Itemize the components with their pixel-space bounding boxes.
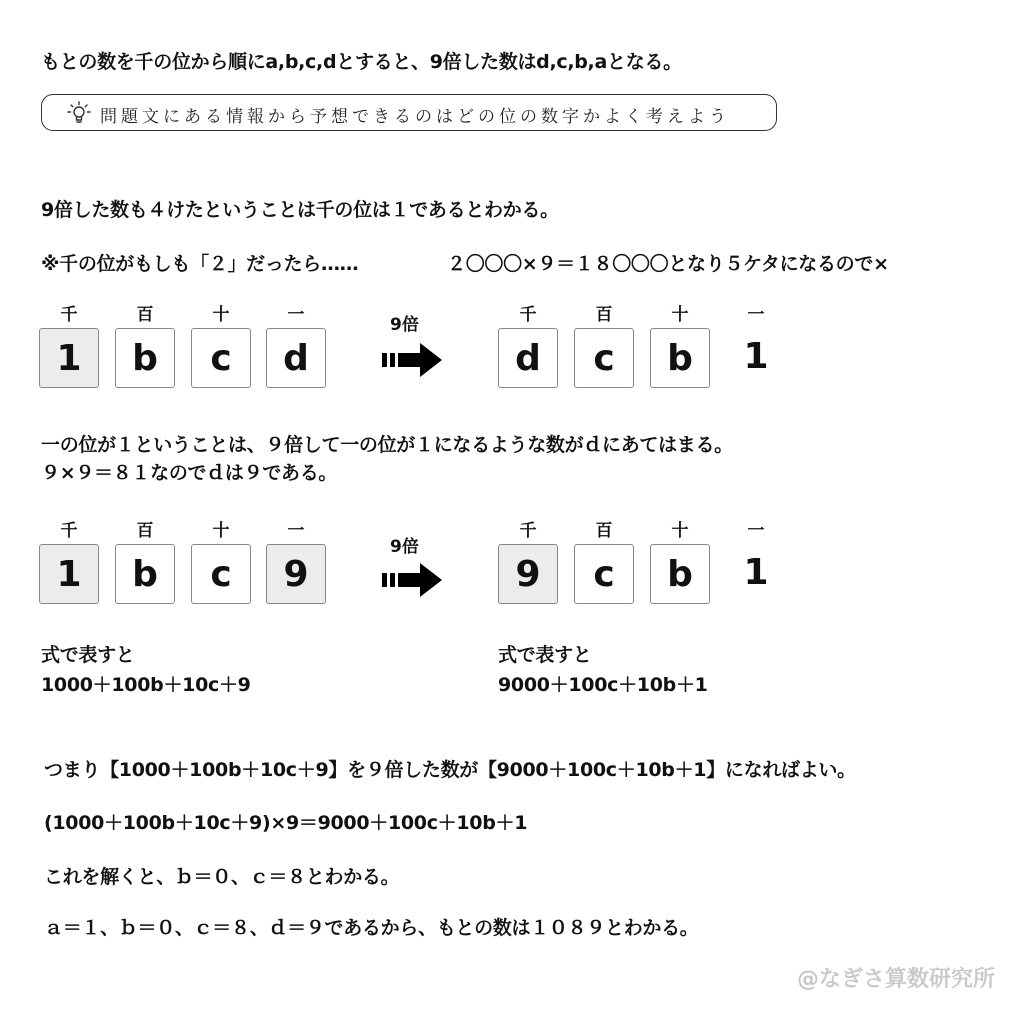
- digit-box: d: [498, 328, 558, 388]
- place-label-tens: 十: [650, 516, 710, 541]
- place-label-ones: 一: [726, 516, 786, 541]
- answer-text: ａ＝１、ｂ＝０、ｃ＝８、ｄ＝９であるから、もとの数は１０８９とわかる。: [44, 913, 699, 940]
- place-label-hundreds: 百: [574, 300, 634, 325]
- place-label-hundreds: 百: [115, 300, 175, 325]
- digit-box: 9: [266, 544, 326, 604]
- right-arrow-icon: [382, 340, 444, 380]
- watermark: @なぎさ算数研究所: [797, 962, 995, 993]
- place-label-thousands: 千: [39, 516, 99, 541]
- equation-text: (1000＋100b＋10c＋9)×9＝9000＋100c＋10b＋1: [44, 808, 527, 835]
- intro-text: もとの数を千の位から順にa,b,c,dとすると、9倍した数はd,c,b,aとなる…: [41, 47, 682, 74]
- digit-box: 1: [39, 328, 99, 388]
- note-calc-text: ２〇〇〇×９＝１８〇〇〇となり５ケタになるので×: [447, 249, 889, 276]
- place-label-thousands: 千: [498, 516, 558, 541]
- digit-box: 1: [39, 544, 99, 604]
- digit-box: b: [115, 544, 175, 604]
- place-label-hundreds: 百: [574, 516, 634, 541]
- place-label-ones: 一: [266, 300, 326, 325]
- step2-line1: 一の位が１ということは、９倍して一の位が１になるような数がｄにあてはまる。: [41, 430, 733, 457]
- digit-box: c: [191, 544, 251, 604]
- digit-box: b: [650, 328, 710, 388]
- place-label-thousands: 千: [39, 300, 99, 325]
- digit-box: d: [266, 328, 326, 388]
- digit-box: 9: [498, 544, 558, 604]
- arrow-label: 9倍: [390, 532, 419, 557]
- digit-box: c: [574, 544, 634, 604]
- digit-plain: 1: [726, 326, 786, 386]
- note-text: ※千の位がもしも「２」だったら……: [41, 249, 358, 276]
- place-label-tens: 十: [191, 516, 251, 541]
- expr-right-label: 式で表すと: [498, 640, 592, 667]
- place-label-ones: 一: [266, 516, 326, 541]
- arrow-label: 9倍: [390, 310, 419, 335]
- expr-left: 1000＋100b＋10c＋9: [41, 670, 251, 697]
- lightbulb-icon: [66, 101, 92, 125]
- hint-box: 問題文にある情報から予想できるのはどの位の数字かよく考えよう: [41, 94, 777, 131]
- expr-right: 9000＋100c＋10b＋1: [498, 670, 708, 697]
- step2-line2: ９×９＝８１なのでｄは９である。: [41, 458, 337, 485]
- place-label-hundreds: 百: [115, 516, 175, 541]
- digit-plain: 1: [726, 542, 786, 602]
- hint-text: 問題文にある情報から予想できるのはどの位の数字かよく考えよう: [100, 102, 730, 127]
- place-label-thousands: 千: [498, 300, 558, 325]
- right-arrow-icon: [382, 560, 444, 600]
- solve-text: これを解くと、ｂ＝０、ｃ＝８とわかる。: [44, 862, 399, 889]
- expr-left-label: 式で表すと: [41, 640, 135, 667]
- place-label-tens: 十: [191, 300, 251, 325]
- step1-text: 9倍した数も４けたということは千の位は１であるとわかる。: [41, 195, 559, 222]
- digit-box: b: [650, 544, 710, 604]
- digit-box: c: [574, 328, 634, 388]
- digit-box: b: [115, 328, 175, 388]
- place-label-tens: 十: [650, 300, 710, 325]
- conclusion-text: つまり【1000＋100b＋10c＋9】を９倍した数が【9000＋100c＋10…: [44, 755, 856, 782]
- digit-box: c: [191, 328, 251, 388]
- place-label-ones: 一: [726, 300, 786, 325]
